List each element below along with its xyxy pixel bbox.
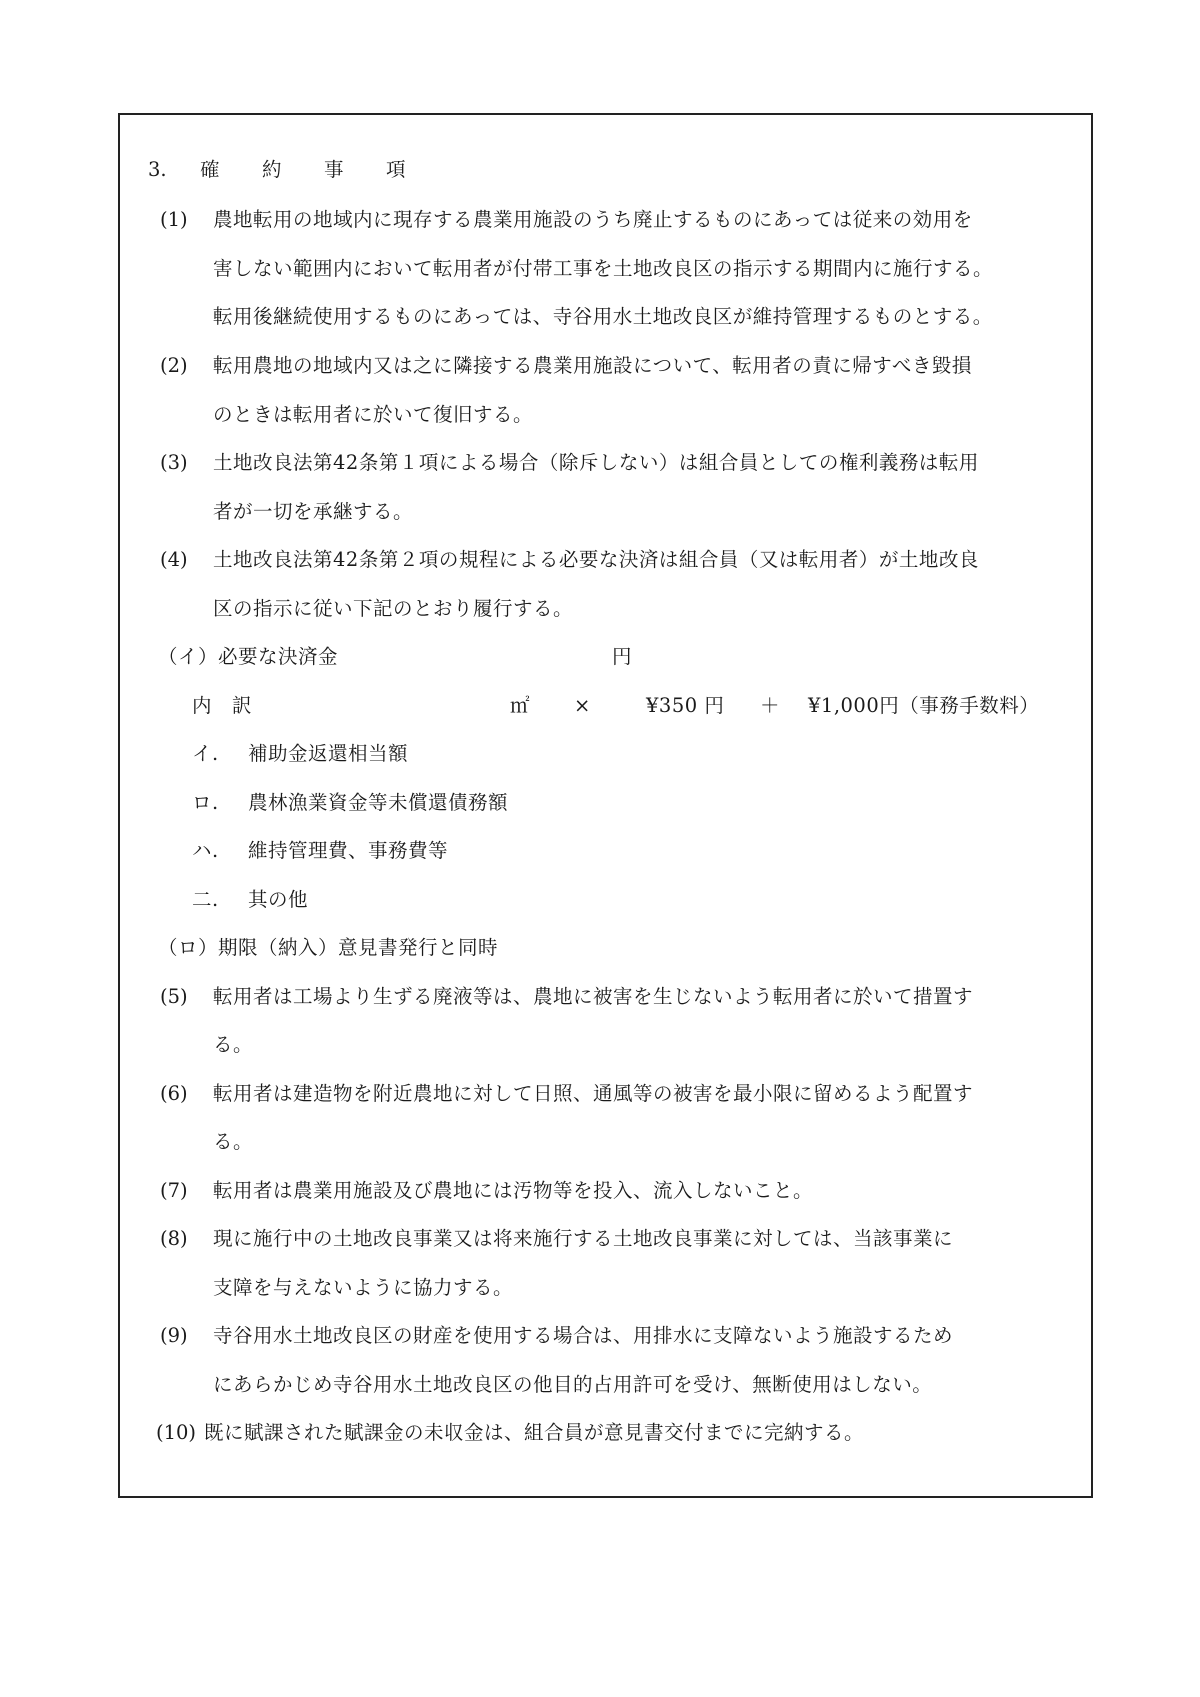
breakdown-label: 内 訳 [192,693,252,719]
item-text-line: る。 [213,1032,253,1058]
section-title-char: 項 [386,157,406,183]
deadline: （ロ）期限（納入）意見書発行と同時 [158,935,498,961]
sub-item-text: 農林漁業資金等未償還債務額 [248,790,508,816]
item-text-line: 寺谷用水土地改良区の財産を使用する場合は、用排水に支障ないよう施設するため [213,1323,953,1349]
item-text-line: 土地改良法第42条第２項の規程による必要な決済は組合員（又は転用者）が土地改良 [213,547,979,573]
item-label: (6) [160,1081,188,1107]
item-text-line: 区の指示に従い下記のとおり履行する。 [213,596,573,622]
section-title-char: 確 [200,157,262,183]
item-text-line: 転用後継続使用するものにあっては、寺谷用水土地改良区が維持管理するものとする。 [213,304,993,330]
section-title-char: 事 [324,157,386,183]
item-label: (2) [160,353,188,379]
unit-price: ¥350 円 [646,693,724,719]
sub-item-label: ハ. [192,838,219,864]
sub-item-text: 維持管理費、事務費等 [248,838,448,864]
item-label: (8) [160,1226,188,1252]
item-text-line: 転用者は建造物を附近農地に対して日照、通風等の被害を最小限に留めるよう配置す [213,1081,973,1107]
item-text-line: 既に賦課された賦課金の未収金は、組合員が意見書交付までに完納する。 [204,1420,864,1446]
item-text-line: 転用農地の地域内又は之に隣接する農業用施設について、転用者の責に帰すべき毀損 [213,353,972,379]
item-label: (7) [160,1178,188,1204]
section-title-char: 約 [262,157,324,183]
item-text-line: のときは転用者に於いて復旧する。 [213,402,533,428]
section-heading: 3.確約事項 [148,157,406,183]
item-text-line: 支障を与えないように協力する。 [213,1275,513,1301]
fee: ¥1,000円（事務手数料） [808,693,1039,719]
item-label: (4) [160,547,188,573]
sub-item-label: 二. [192,887,219,913]
required-settlement-label: （イ）必要な決済金 [158,644,338,670]
required-settlement-unit: 円 [612,644,632,670]
sub-item-label: ロ. [192,790,219,816]
item-text-line: 土地改良法第42条第１項による場合（除斥しない）は組合員としての権利義務は転用 [213,450,979,476]
item-text-line: にあらかじめ寺谷用水土地改良区の他目的占用許可を受け、無断使用はしない。 [213,1372,932,1398]
item-label: (9) [160,1323,188,1349]
item-label: (5) [160,984,188,1010]
sub-item-label: イ. [192,741,219,767]
sub-item-text: 補助金返還相当額 [248,741,408,767]
section-number: 3. [148,157,200,183]
item-text-line: 農地転用の地域内に現存する農業用施設のうち廃止するものにあっては従来の効用を [213,207,973,233]
plus-sign: ＋ [760,693,780,719]
item-text-line: 現に施行中の土地改良事業又は将来施行する土地改良事業に対しては、当該事業に [213,1226,953,1252]
area-unit: ㎡ [510,693,530,719]
item-text-line: る。 [213,1129,253,1155]
item-label: (1) [160,207,188,233]
item-text-line: 者が一切を承継する。 [213,499,413,525]
item-text-line: 害しない範囲内において転用者が付帯工事を土地改良区の指示する期間内に施行する。 [213,256,993,282]
times-sign: × [574,693,591,719]
item-text-line: 転用者は工場より生ずる廃液等は、農地に被害を生じないよう転用者に於いて措置す [213,984,973,1010]
sub-item-text: 其の他 [248,887,308,913]
item-label: (10) [156,1420,196,1446]
item-text-line: 転用者は農業用施設及び農地には汚物等を投入、流入しないこと。 [213,1178,813,1204]
item-label: (3) [160,450,188,476]
